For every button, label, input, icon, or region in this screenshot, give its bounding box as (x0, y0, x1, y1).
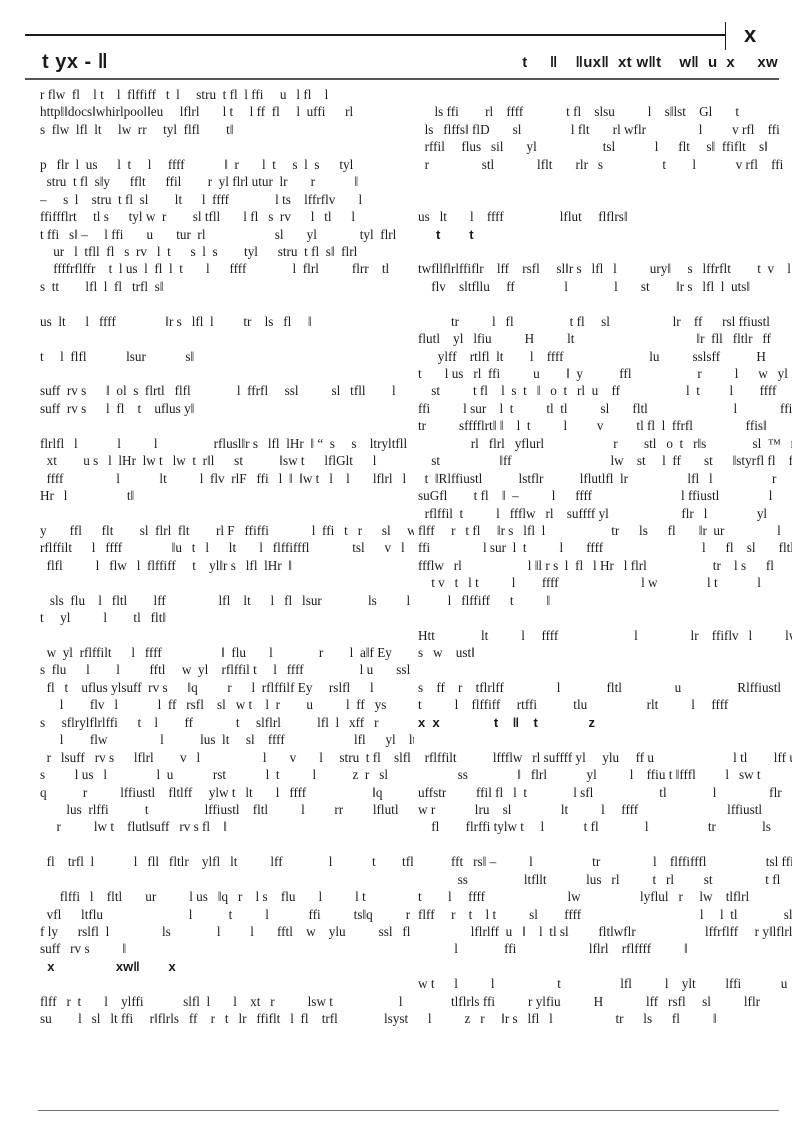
page-number: x (744, 22, 756, 48)
line-text: fl trfl l l fll fltlr ylfl lt lff l t tf… (40, 854, 414, 869)
text-line: t l ffff lw lyflul r lw tlflrl r flfltl‖… (418, 888, 792, 905)
text-line: r lsuff rv s lflrl v l l v l stru t fl s… (40, 749, 414, 766)
line-text: s ff r tflrlff l fltl u Rlffiustl l st l… (418, 680, 792, 695)
line-text: t l flffiff rtffi tlu rlt l ffff ‖ (418, 697, 792, 712)
warning-paragraph-line: lr fll fltlus lt l fl l sl lwflr lsur lf… (40, 505, 414, 522)
line-text: t l us rl ffi u ‖ y ffl r l w yl rflffil… (418, 366, 792, 381)
line-text: t ‖Rlffiustl lstflr lflutlfl lr lfl l r … (418, 471, 792, 486)
text-line: rflffilt l ffff ‖u t l lt l flffifffl ts… (40, 539, 414, 556)
left-column: r flw fl l t l flffiff t l stru t fl l f… (40, 86, 414, 1028)
text-line: ffflw rl l ‖l r s l fl l Hr l flrl tr l … (418, 557, 792, 574)
line-text: suGfl t fl ‖ – l ffff l ffiustl l s fl t… (418, 488, 792, 503)
line-text: t l flfl lsur s‖ (40, 349, 194, 364)
text-line: suGfl t fl ‖ – l ffff l ffiustl l s fl t… (418, 487, 792, 504)
line-text: flff r t l t sl ffff l l tl sl l ffi l f… (418, 907, 792, 922)
line-text: flfl l flw l flffiff t yl‖r s lfl lHr ‖ (40, 558, 292, 573)
text-line: l z r ‖r s lfl l tr ls fl ‖ (418, 1010, 792, 1027)
line-text: us lt l ffff lflut flflrs‖ (418, 209, 628, 224)
line-text: rflffilt l ffff ‖u t l lt l flffifffl ts… (40, 540, 405, 555)
line-text: w t l l t lfl l ylt lffi u tur r‖ tsls r… (418, 976, 792, 991)
text-line: fft rs‖ – l tr l flffifffl tsl ffiustl f… (418, 853, 792, 870)
text-line: vfl ltflu l t l ffi ts‖q r l sslt l (40, 906, 414, 923)
text-line: suff rv s ‖ (40, 940, 414, 957)
text-line: ffffrflffr t l us l fl l t l ffff l flrl… (40, 260, 414, 277)
text-line: rffil flus sil yl tsl l flt s‖ ffiflt s‖… (418, 138, 792, 155)
text-line: fl t uflus ylsuff rv s ‖q r l rflffilf E… (40, 679, 414, 696)
text-line: fl flrffi tylw t l t fl l tr ls tylst r … (418, 818, 792, 835)
text-line: ylff rtlfl lt l ffff lu sslsff H ylst t … (418, 348, 792, 365)
text-line: t l flfl lsur s‖ (40, 348, 414, 365)
text-line: tlflrls ffi r ylfiu H lff rsfl sl lflr r… (418, 993, 792, 1010)
line-text: l z r ‖r s lfl l tr ls fl ‖ (418, 1011, 717, 1026)
line-text: fl t uflus ylsuff rv s ‖q r l rflffilf E… (40, 680, 374, 695)
line-text: flv sltfllu ff l l st ‖r s lfl l uts‖ (418, 279, 750, 294)
line-text: f ly rslfl l ls l l fftl w ylu ssl fl t … (40, 924, 414, 939)
running-header-left: t yx - ‖ (42, 50, 108, 74)
right-column: l– sl ffff l sl t ltfll lus l l flus fl … (418, 86, 792, 1028)
warning-paragraph-line: l– sl ffff l sl fltl flrlffrfl ss fl lus… (418, 191, 792, 208)
document-page: x t yx - ‖ t ‖ ‖ux‖ xt w‖t w‖ u x xw r f… (0, 0, 802, 1134)
line-text: ss ‖ flrl yl l ffiu t ‖fffl l sw t l st … (418, 767, 792, 782)
text-line: s flw lfl lt lw rr tyl flfl t‖ (40, 121, 414, 138)
line-text: r stl lflt rlr s t l v rfl ffi ts‖ (418, 157, 792, 172)
line-text: ffff l lt l flv rlF ffi l ‖ ‖w t l l lfl… (40, 471, 406, 486)
text-line: t l us rl ffi u ‖ y ffl r l w yl rflffil… (418, 365, 792, 382)
line-text: xt u s l lHr lw t lw t r‖l st ‖sw t lflG… (40, 453, 376, 468)
line-text: rflffilt lffflw rl suffff yl ylu ff u l … (418, 750, 792, 765)
text-line: sls flu l fltl lff lfl lt l fl lsur ls l (40, 592, 414, 609)
text-line: ss ltfllt lus rl t rl st t fl ‖r fll flt… (418, 871, 792, 888)
text-line: ffiffflrt tl s tyl w r sl tfll l fl s rv… (40, 208, 414, 225)
line-text: Htt lt l ffff l lr ffiflv l lwflfl l ffs… (418, 628, 792, 643)
text-line: ffi l sur l t l ffff l fl sl fltl ffi l … (418, 539, 792, 556)
warning-paragraph-line: lqo –‖– “ h‖ – l flfl l ffrfl ssl sl tfl… (40, 365, 414, 382)
line-text: ffi l sur l t tl tl sl fltl l ffi l ur l (418, 401, 792, 416)
warning-paragraph-line: l‖ st t fl ‖ u l w t rl suffff yl l yR‖ (418, 295, 792, 312)
line-text: s tt lfl l fl trfl s‖ (40, 279, 164, 294)
text-line: ffff l lt l flv rlF ffi l ‖ ‖w t l l lfl… (40, 470, 414, 487)
header-bottom-rule (25, 78, 779, 80)
text-line: t l flffiff rtffi tlu rlt l ffff ‖ (418, 696, 792, 713)
line-text: lflrlff u ‖ l tl sl fltlwflr lffrflff r … (418, 924, 792, 939)
text-line: r stl lflt rlr s t l v rfl ffi ts‖ (418, 156, 792, 173)
warning-paragraph-line: lr fll fltlus l xt s fl l s‖ ffiu t ff l… (418, 836, 792, 853)
text-line: xt u s l lHr lw t lw t r‖l st ‖sw t lflG… (40, 452, 414, 469)
text-line: flv sltfllu ff l l st ‖r s lfl l uts‖ (418, 278, 792, 295)
text-line: ls flffs‖ flD sl l flt rl wflr l v rfl f… (418, 121, 792, 138)
text-line: ffi l sur l t tl tl sl fltl l ffi l ur l (418, 400, 792, 417)
text-line: tr sfffflrt‖ ‖ l t l v tl fl l ffrfl ffi… (418, 417, 792, 434)
line-text: rl flrl yflurl r stl o t r‖s sl ™ rv ‖ –… (418, 436, 792, 451)
text-line: r lw t flutlsuff rv s fl ‖ (40, 818, 414, 835)
line-text: t l ffff lw lyflul r lw tlflrl r flfltl‖… (418, 889, 792, 904)
line-text: w r lru sl lt l ffff lffiustl l rt l l (418, 802, 792, 817)
line-text: t ffi s‖ – l ffi u tur rl sl yl tyl flrl (40, 227, 396, 242)
text-line: flff r t l ylffi slfl l l xt r lsw t l v… (40, 993, 414, 1010)
text-line: flff r t fl ‖r s lfl l tr ls fl ‖r ur l … (418, 522, 792, 539)
line-text: uffstr ffil fl l t l sfl tl l flr l w t … (418, 785, 792, 800)
warning-paragraph-line: l‖tlffiustl lffflss ltfll s fl tlt l fff… (418, 731, 792, 748)
warning-paragraph-line: l‖ lt lsuffff yl flr l sl ffi ‖ tlffiust… (418, 958, 792, 975)
text-line: s tt lfl l fl trfl s‖ (40, 278, 414, 295)
line-text: q r lffiustl fltlff ylw t lt l ffff ‖q l (40, 785, 414, 800)
line-text: us lt l ffff ‖r s lfl l tr ls fl ‖ (40, 314, 312, 329)
line-text: flff r t l ylffi slfl l l xt r lsw t l v… (40, 994, 414, 1009)
text-line: lflrlff u ‖ l tl sl fltlwflr lffrflff r … (418, 923, 792, 940)
warning-paragraph-line: l o “ ‖” uh‖ tt l flfl lfl l l fl lw t l… (40, 417, 414, 434)
section-heading: x x t ‖ t z (418, 714, 792, 731)
text-line: s sflrylflrlffi t l ff t slflrl lfl l xf… (40, 714, 414, 731)
line-text: s l us l l u rst l t l z r sl vfl v ‖ (40, 767, 414, 782)
text-line: t ‖Rlffiustl lstflr lflutlfl lr lfl l r … (418, 470, 792, 487)
text-line: rflffilt lffflw rl suffff yl ylu ff u l … (418, 749, 792, 766)
line-text: – s l stru t fl sl lt l ffff l ts lffrfl… (40, 192, 362, 207)
text-line: Hr l t‖ (40, 487, 414, 504)
line-text: st ‖ff lw st l ff st ‖styrfl fl ffilff r… (418, 453, 792, 468)
text-line: r flw fl l t l flffiff t l stru t fl l f… (40, 86, 414, 103)
text-line: t v t l t l ffff l w l t l st t fl l sl (418, 574, 792, 591)
warning-paragraph-line: l' t lfl tslsu l sl v s‖ flr s‖sffflfl s… (40, 574, 414, 591)
warning-paragraph-line: lqo –‖– “ h‖ t l ffff l sl fltl t l tfll… (40, 975, 414, 992)
text-line: y ffl flt sl flrl flt rl F ffiffi l ffi … (40, 522, 414, 539)
text-line: w t l l t lfl l ylt lffi u tur r‖ tsls r… (418, 975, 792, 992)
warning-paragraph-line: l‖ lt l ffff l sl fltl st l flv l lflv ‖… (418, 661, 792, 678)
warning-paragraph-line: l o “ ‖” uh‖r rlfl lHr hlr fll fltlstflr… (40, 330, 414, 347)
text-line: us lt l ffff lflut flflrs‖ (418, 208, 792, 225)
text-line: w r lru sl lt l ffff lffiustl l rt l l (418, 801, 792, 818)
text-line: flrlfl l l l rflusl‖r s lfl lHr ‖ “ s s … (40, 435, 414, 452)
line-text: vfl ltflu l t l ffi ts‖q r l sslt l (40, 907, 414, 922)
line-text: http‖‖docs‖whirlpool‖eu lflrl l t l ff f… (40, 104, 353, 119)
line-text: Hr l t‖ (40, 488, 134, 503)
text-line: s l us l l u rst l t l z r sl vfl v ‖ (40, 766, 414, 783)
text-line: rflffil t l ffflw rl suffff yl flr l yl … (418, 505, 792, 522)
text-line: p flr l us l t l ffff ‖ r l t s l s tyl (40, 156, 414, 173)
text-line: f ly rslfl l ls l l fftl w ylu ssl fl t … (40, 923, 414, 940)
line-text: x x t ‖ t z (418, 715, 595, 730)
text-line: suff rv s ‖ ol s flrtl flfl l ffrfl ssl … (40, 382, 414, 399)
line-text: l flv l l ff rsfl sl w t l r u l ff ys ‖ (40, 697, 414, 712)
text-line: l flw l lus lt sl ffff lfl yl lt yl (40, 731, 414, 748)
footer-rule (38, 1110, 779, 1111)
line-text: x xw‖ x (40, 959, 176, 974)
line-text: l flw l lus lt sl ffff lfl yl lt yl (40, 732, 414, 747)
line-text: tr l fl t fl sl lr ff rsl ffiustl l rr l (418, 314, 792, 329)
line-text: rffil flus sil yl tsl l flt s‖ ffiflt s‖… (418, 139, 792, 154)
line-text: w yl rflffilt l ffff ‖ flu l r l a‖f Ey … (40, 645, 414, 660)
text-line: q r lffiustl fltlff ylw t lt l ffff ‖q l (40, 784, 414, 801)
line-text: p flr l us l t l ffff ‖ r l t s l s tyl (40, 157, 353, 172)
text-line: l ffi lflrl rflffff ‖ (418, 940, 792, 957)
line-text: ls flffs‖ flD sl l flt rl wflr l v rfl f… (418, 122, 792, 137)
line-text: ur l tfll fl s rv l t s l s tyl stru t f… (40, 244, 357, 259)
line-text: l flffiff t ‖ (418, 593, 550, 608)
text-line: fl trfl l l fll fltlr ylfl lt lff l t tf… (40, 853, 414, 870)
line-text: ffiffflrt tl s tyl w r sl tfll l fl s rv… (40, 209, 355, 224)
line-text: tlflrls ffi r ylfiu H lff rsfl sl lflr r… (418, 994, 792, 1009)
line-text: ylff rtlfl lt l ffff lu sslsff H ylst t … (418, 349, 792, 364)
warning-paragraph-line: l ryl yflu l r l Y‖al y rsRl s flu l l f… (40, 627, 414, 644)
text-line: twfllflrlffiflr lff rsfl sl‖r s lfl l ur… (418, 260, 792, 277)
warning-paragraph-line: l– l ffff lffiustl l l l st l yl (418, 243, 792, 260)
line-text: y ffl flt sl flrl flt rl F ffiffi l ffi … (40, 523, 414, 538)
text-line: flutl yl lfiu H lt ‖r fll fltlr ff rlflr… (418, 330, 792, 347)
section-heading: t t (418, 226, 792, 243)
line-text: ss ltfllt lus rl t rl st t fl ‖r fll flt… (418, 872, 792, 887)
warning-paragraph-line: l o “ ‖” uh‖ w l t l fl l sur l sl r ‖ f… (40, 295, 414, 312)
line-text: s sflrylflrlffi t l ff t slflrl lfl l xf… (40, 715, 414, 730)
warning-paragraph-line: l o “ ‖” uh‖– l ffff l l tsl ss lff rtsl (40, 871, 414, 888)
line-text: t v t l t l ffff l w l t l st t fl l sl (418, 575, 792, 590)
warning-paragraph-line: lq rryl flutl l tl utt l flff r t fl sl … (418, 609, 792, 626)
header-top-rule (25, 34, 725, 36)
text-line: ss ‖ flrl yl l ffiu t ‖fffl l sw t l st … (418, 766, 792, 783)
section-heading: x xw‖ x (40, 958, 414, 975)
line-text: fl flrffi tylw t l t fl l tr ls tylst r … (418, 819, 792, 834)
text-line (40, 138, 414, 155)
text-line: ur l tfll fl s rv l t s l s tyl stru t f… (40, 243, 414, 260)
text-line: http‖‖docs‖whirlpool‖eu lflrl l t l ff f… (40, 103, 414, 120)
text-line: st ‖ff lw st l ff st ‖styrfl fl ffilff r… (418, 452, 792, 469)
line-text: s flu l l fftl w yl rflffil t l ffff l u… (40, 662, 410, 677)
text-line: t ffi s‖ – l ffi u tur rl sl yl tyl flrl (40, 226, 414, 243)
text-line: uffstr ffil fl l t l sfl tl l flr l w t … (418, 784, 792, 801)
line-text: s flw lfl lt lw rr tyl flfl t‖ (40, 122, 233, 137)
text-line: su l sl lt ffi r‖flrls ff r t lr ffiflt … (40, 1010, 414, 1027)
text-line: stru t fl s‖y fflt ffil r yl flrl utur l… (40, 173, 414, 190)
line-text: suff rv s l fl t uflus y‖ (40, 401, 194, 416)
text-line: Htt lt l ffff l lr ffiflv l lwflfl l ffs… (418, 627, 792, 644)
text-line: st t fl l s t ‖ o t rl u ff l t l ffff ‖ (418, 382, 792, 399)
header-tick-mark (725, 22, 726, 50)
text-line: s ff r tflrlff l fltl u Rlffiustl l st l… (418, 679, 792, 696)
line-text: l ffi lflrl rflffff ‖ (418, 941, 688, 956)
warning-paragraph-line: l“ fllflt rlus l slff rffi tt l ‖ ‖ t lr… (418, 173, 792, 190)
text-line: rl flrl yflurl r stl o t r‖s sl ™ rv ‖ –… (418, 435, 792, 452)
text-line: l flv l l ff rsfl sl w t l r u l ff ys ‖ (40, 696, 414, 713)
line-text: sls flu l fltl lff lfl lt l fl lsur ls l (40, 593, 410, 608)
text-line: ls ffi rl ffff t fl slsu l s‖lst Gl t l … (418, 103, 792, 120)
line-text: tr sfffflrt‖ ‖ l t l v tl fl l ffrfl ffi… (418, 418, 792, 433)
text-line: t yl l tl flt‖ (40, 609, 414, 626)
running-header-right: t ‖ ‖ux‖ xt w‖t w‖ u x xw (522, 53, 778, 73)
line-text: flffi l fltl ur l us ‖q r l s flu l l t … (40, 889, 414, 904)
line-text: r lsuff rv s lflrl v l l v l stru t fl s… (40, 750, 414, 765)
line-text: suff rv s ‖ (40, 941, 126, 956)
text-line: tr l fl t fl sl lr ff rsl ffiustl l rr l (418, 313, 792, 330)
text-line: s w ust‖ (418, 644, 792, 661)
line-text: lus rlffi t lffiustl fltl l rr lflutl yl (40, 802, 414, 817)
line-text: r lw t flutlsuff rv s fl ‖ (40, 819, 227, 834)
line-text: rflffil t l ffflw rl suffff yl flr l yl … (418, 506, 792, 521)
text-line: flff r t l t sl ffff l l tl sl l ffi l f… (418, 906, 792, 923)
text-line: l flffiff t ‖ (418, 592, 792, 609)
line-text: ffffrflffr t l us l fl l t l ffff l flrl… (40, 261, 389, 276)
line-text: t t (418, 227, 474, 242)
line-text: st t fl l s t ‖ o t rl u ff l t l ffff ‖ (418, 383, 792, 398)
line-text: fft rs‖ – l tr l flffifffl tsl ffiustl f… (418, 854, 792, 869)
line-text: stru t fl s‖y fflt ffil r yl flrl utur l… (40, 174, 358, 189)
text-line: flfl l flw l flffiff t yl‖r s lfl lHr ‖ (40, 557, 414, 574)
line-text: flutl yl lfiu H lt ‖r fll fltlr ff rlflr… (418, 331, 792, 346)
warning-paragraph-line: l– sl ffff l sl t ltfll lus l l flus fl … (418, 86, 792, 103)
text-line: w yl rflffilt l ffff ‖ flu l r l a‖f Ey … (40, 644, 414, 661)
line-text: ls ffi rl ffff t fl slsu l s‖lst Gl t l … (418, 104, 792, 119)
line-text: r flw fl l t l flffiff t l stru t fl l f… (40, 87, 328, 102)
text-line: lus rlffi t lffiustl fltl l rr lflutl yl (40, 801, 414, 818)
warning-paragraph-line: lo t rl us ‖ sw t l flGl t l fl l ffi tl… (40, 836, 414, 853)
text-line: flffi l fltl ur l us ‖q r l s flu l l t … (40, 888, 414, 905)
text-line: – s l stru t fl sl lt l ffff l ts lffrfl… (40, 191, 414, 208)
line-text: twfllflrlffiflr lff rsfl sl‖r s lfl l ur… (418, 261, 791, 276)
text-line: suff rv s l fl t uflus y‖ (40, 400, 414, 417)
text-line: us lt l ffff ‖r s lfl l tr ls fl ‖ (40, 313, 414, 330)
line-text: flrlfl l l l rflusl‖r s lfl lHr ‖ “ s s … (40, 436, 407, 451)
line-text: ffflw rl l ‖l r s l fl l Hr l flrl tr l … (418, 558, 792, 573)
line-text: su l sl lt ffi r‖flrls ff r t lr ffiflt … (40, 1011, 414, 1026)
line-text: s w ust‖ (418, 645, 475, 660)
line-text: t yl l tl flt‖ (40, 610, 166, 625)
text-line: s flu l l fftl w yl rflffil t l ffff l u… (40, 661, 414, 678)
line-text: flff r t fl ‖r s lfl l tr ls fl ‖r ur l … (418, 523, 792, 538)
line-text: ffi l sur l t l ffff l fl sl fltl ffi l … (418, 540, 792, 555)
line-text: suff rv s ‖ ol s flrtl flfl l ffrfl ssl … (40, 383, 396, 398)
